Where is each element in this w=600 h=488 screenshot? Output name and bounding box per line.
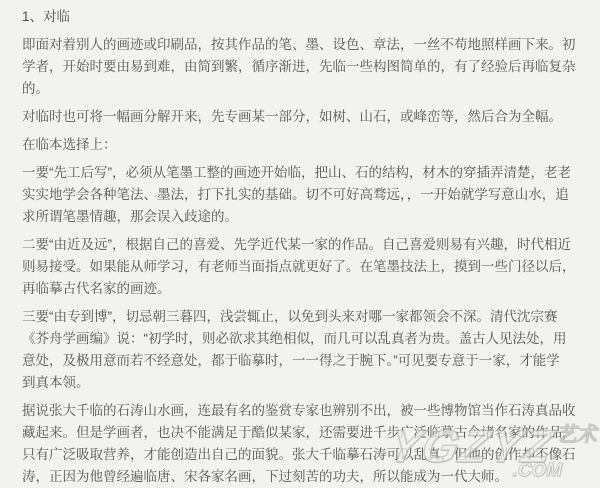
paragraph: 据说张大千临的石涛山水画，连最有名的鉴赏专家也辨别不出，被一些博物馆当作石涛真品… [22,400,578,488]
paragraph: 一要“先工后写”，必须从笔墨工整的画迹开始临，把山、石的结构，材木的穿插弄清楚，… [22,162,578,228]
paragraph: 在临本选择上： [22,134,578,156]
paragraph: 对临时也可将一幅画分解开来，先专画某一部分，如树、山石，或峰峦等，然后合为全幅。 [22,106,578,128]
paragraph: 即面对着别人的画迹或印刷品，按其作品的笔、墨、设色、章法，一丝不苟地照样画下来。… [22,34,578,100]
paragraph: 二要“由近及远”，根据自己的喜爱、先学近代某一家的作品。自己喜爱则易有兴趣，时代… [22,234,578,300]
article-page: 1、对临 即面对着别人的画迹或印刷品，按其作品的笔、墨、设色、章法，一丝不苟地照… [0,0,600,488]
section-heading: 1、对临 [22,6,578,28]
paragraph: 三要“由专到博”，切忌朝三暮四，浅尝辄止，以免到头来对哪一家都领会不深。清代沈宗… [22,306,578,394]
